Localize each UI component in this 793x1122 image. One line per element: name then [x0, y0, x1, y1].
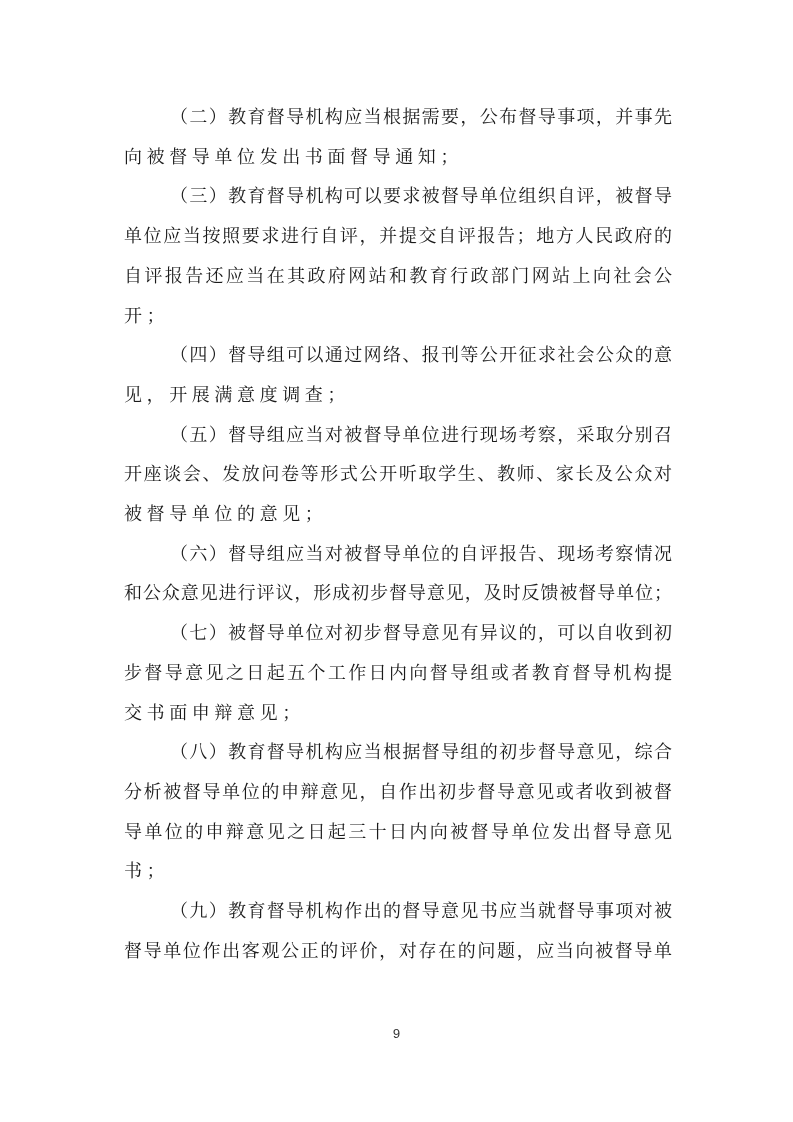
paragraph-line: （三）教育督导机构可以要求被督导单位组织自评，被督导 — [170, 183, 672, 211]
paragraph-line: 督导单位作出客观公正的评价，对存在的问题，应当向被督导单 — [124, 938, 672, 966]
paragraph-line: （九）教育督导机构作出的督导意见书应当就督导事项对被 — [170, 898, 672, 926]
paragraph-line: 见，开展满意度调查； — [124, 382, 350, 410]
paragraph-line: 书； — [124, 858, 169, 886]
paragraph-line: 单位应当按照要求进行自评，并提交自评报告；地方人民政府的 — [124, 223, 672, 251]
paragraph-line: （二）教育督导机构应当根据需要，公布督导事项，并事先 — [170, 104, 672, 132]
paragraph-line: （五）督导组应当对被督导单位进行现场考察，采取分别召 — [170, 422, 672, 450]
paragraph-line: 开座谈会、发放问卷等形式公开听取学生、教师、家长及公众对 — [124, 461, 672, 489]
paragraph-line: 导单位的申辩意见之日起三十日内向被督导单位发出督导意见 — [124, 819, 672, 847]
paragraph-line: 被督导单位的意见； — [124, 501, 327, 529]
paragraph-line: 步督导意见之日起五个工作日内向督导组或者教育督导机构提 — [124, 660, 672, 688]
paragraph-line: （七）被督导单位对初步督导意见有异议的，可以自收到初 — [170, 620, 672, 648]
paragraph-line: 向被督导单位发出书面督导通知； — [124, 144, 463, 172]
paragraph-line: （八）教育督导机构应当根据督导组的初步督导意见，综合 — [170, 739, 672, 767]
paragraph-line: 开； — [124, 303, 169, 331]
paragraph-line: （四）督导组可以通过网络、报刊等公开征求社会公众的意 — [170, 342, 672, 370]
page-number: 9 — [0, 1026, 793, 1041]
paragraph-line: （六）督导组应当对被督导单位的自评报告、现场考察情况 — [170, 541, 672, 569]
paragraph-line: 交书面申辩意见； — [124, 700, 305, 728]
paragraph-line: 和公众意见进行评议，形成初步督导意见，及时反馈被督导单位； — [124, 580, 672, 608]
paragraph-line: 分析被督导单位的申辩意见，自作出初步督导意见或者收到被督 — [124, 779, 672, 807]
paragraph-line: 自评报告还应当在其政府网站和教育行政部门网站上向社会公 — [124, 263, 672, 291]
